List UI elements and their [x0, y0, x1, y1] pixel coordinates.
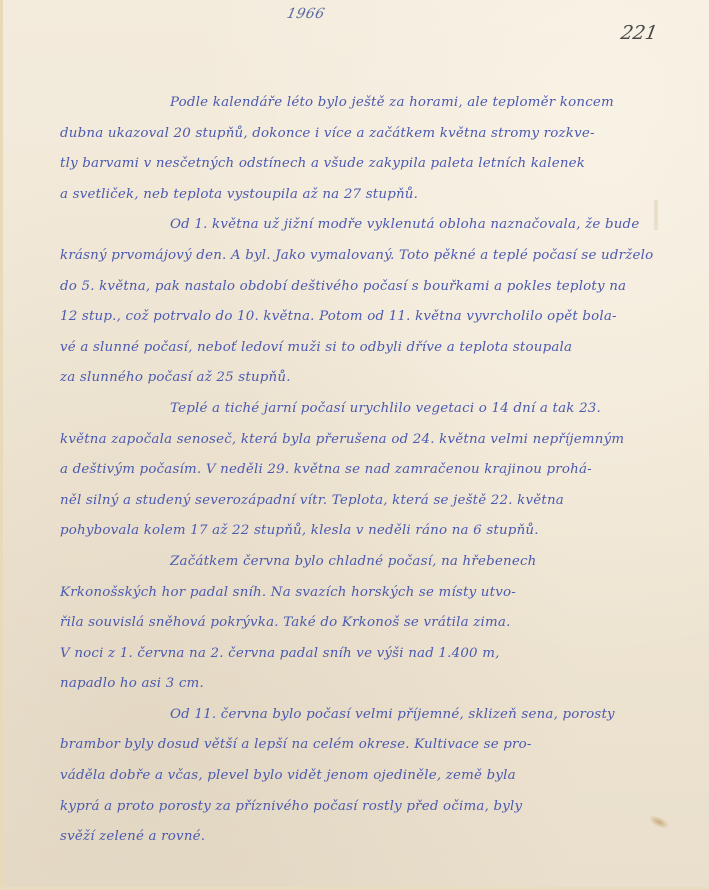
handwritten-line: vé a slunné počasí, neboť ledoví muži si…	[60, 333, 660, 364]
paragraph: Teplé a tiché jarní počasí urychlilo veg…	[60, 394, 660, 547]
handwritten-line: něl silný a studený severozápadní vítr. …	[60, 486, 660, 517]
handwritten-line: do 5. května, pak nastalo období deštivé…	[60, 272, 660, 303]
handwritten-line: svěží zelené a rovné.	[60, 822, 660, 853]
handwritten-line: tly barvami v nesčetných odstínech a všu…	[60, 149, 660, 180]
handwritten-chronicle-page: 1966 221 Podle kalendáře léto bylo ještě…	[0, 0, 709, 890]
handwritten-line: krásný prvomájový den. A byl. Jako vymal…	[60, 241, 660, 272]
handwritten-line: Teplé a tiché jarní počasí urychlilo veg…	[60, 394, 660, 425]
paragraph: Začátkem června bylo chladné počasí, na …	[60, 547, 660, 700]
handwritten-line: váděla dobře a včas, plevel bylo vidět j…	[60, 761, 660, 792]
handwritten-line: za slunného počasí až 25 stupňů.	[60, 363, 660, 394]
paragraph: Od 1. května už jižní modře vyklenutá ob…	[60, 210, 660, 394]
page-number: 221	[619, 22, 659, 44]
handwritten-line: a svetliček, neb teplota vystoupila až n…	[60, 180, 660, 211]
handwritten-line: Podle kalendáře léto bylo ještě za horam…	[60, 88, 660, 119]
handwritten-line: 12 stup., což potrvalo do 10. května. Po…	[60, 302, 660, 333]
handwritten-line: V noci z 1. června na 2. června padal sn…	[60, 639, 660, 670]
handwritten-line: řila souvislá sněhová pokrývka. Také do …	[60, 608, 660, 639]
handwritten-line: Od 11. června bylo počasí velmi příjemné…	[60, 700, 660, 731]
paragraph: Od 11. června bylo počasí velmi příjemné…	[60, 700, 660, 853]
handwritten-line: května započala senoseč, která byla přer…	[60, 425, 660, 456]
handwritten-line: dubna ukazoval 20 stupňů, dokonce i více…	[60, 119, 660, 150]
handwritten-line: Od 1. května už jižní modře vyklenutá ob…	[60, 210, 660, 241]
chronicle-body-text: Podle kalendáře léto bylo ještě za horam…	[60, 88, 660, 853]
handwritten-line: pohybovala kolem 17 až 22 stupňů, klesla…	[60, 516, 660, 547]
handwritten-line: napadlo ho asi 3 cm.	[60, 669, 660, 700]
handwritten-line: brambor byly dosud větší a lepší na celé…	[60, 730, 660, 761]
handwritten-line: Krkonošských hor padal sníh. Na svazích …	[60, 578, 660, 609]
handwritten-line: a deštivým počasím. V neděli 29. května …	[60, 455, 660, 486]
paragraph: Podle kalendáře léto bylo ještě za horam…	[60, 88, 660, 210]
handwritten-line: Začátkem června bylo chladné počasí, na …	[60, 547, 660, 578]
handwritten-line: kyprá a proto porosty za příznivého poča…	[60, 792, 660, 823]
year-heading: 1966	[285, 6, 326, 22]
